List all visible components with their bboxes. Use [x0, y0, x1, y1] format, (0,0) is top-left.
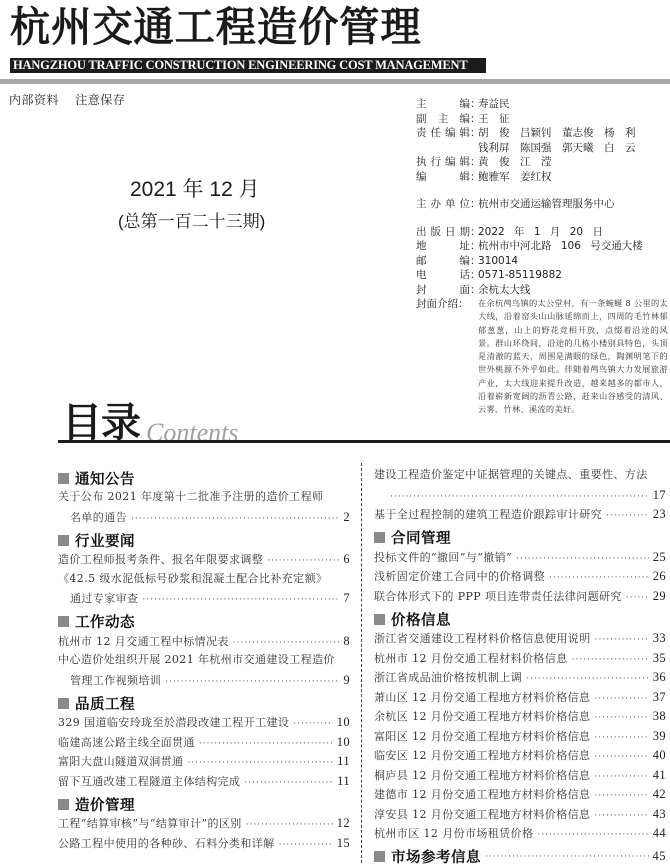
contents-rule	[58, 440, 670, 443]
toc-page-number: 11	[337, 752, 350, 770]
info-label: 副主编	[416, 112, 470, 127]
toc-page-number: 33	[653, 629, 666, 647]
editorial-row: 执行编辑：黄 俊 江 滢	[416, 155, 670, 170]
toc-entry-title: 浙江省交通建设工程材料价格信息使用说明	[374, 630, 591, 647]
toc-section-title: 通知公告	[75, 468, 135, 489]
toc-entry[interactable]: 富阳区 12 月份交通工程地方材料价格信息39	[374, 727, 666, 745]
info-label: 编辑	[416, 170, 470, 185]
info-value: 钱利屏 陈国强 郭天曦 白 云	[478, 141, 636, 156]
toc-entry-title: 《42.5 级水泥低标号砂浆和混凝土配合比补充定额》	[58, 570, 327, 588]
toc-page-number: 12	[337, 814, 350, 832]
info-label: 主办单位	[416, 197, 470, 212]
section-square-icon	[374, 851, 385, 862]
dot-leader	[594, 768, 648, 784]
toc-page-number: 40	[653, 746, 666, 764]
dot-leader	[595, 631, 649, 647]
toc-entry[interactable]: 基于全过程控制的建筑工程造价跟踪审计研究23	[374, 505, 666, 523]
column-divider	[361, 463, 362, 863]
toc-page-number: 23	[653, 505, 666, 523]
toc-entry[interactable]: 杭州市 12 月交通工程中标情况表8	[58, 632, 350, 650]
info-label: 地址	[416, 239, 470, 254]
toc-entry[interactable]: 桐庐县 12 月份交通工程地方材料价格信息41	[374, 766, 666, 784]
info-value: 余杭太大线	[478, 283, 531, 298]
dot-leader	[594, 690, 648, 706]
dot-leader	[594, 748, 648, 764]
dot-leader	[233, 634, 340, 650]
dot-leader	[142, 591, 339, 607]
toc-entry-title: 临安区 12 月份交通工程地方材料价格信息	[374, 747, 590, 764]
toc-entry[interactable]: 公路工程中使用的各种砂、石料分类和详解15	[58, 834, 350, 852]
dot-leader	[594, 807, 648, 823]
toc-entry-title: 萧山区 12 月份交通工程地方材料价格信息	[374, 689, 590, 706]
toc-page-number: 29	[653, 587, 666, 605]
dot-leader	[516, 550, 649, 566]
toc-entry-title: 留下互通改建工程隧道主体结构完成	[58, 773, 240, 790]
toc-entry-title: 建德市 12 月份交通工程地方材料价格信息	[374, 786, 590, 803]
magazine-subtitle-en: HANGZHOU TRAFFIC CONSTRUCTION ENGINEERIN…	[10, 58, 486, 73]
toc-entry[interactable]: 名单的通告2	[70, 508, 350, 526]
issue-number: (总第一百二十三期)	[118, 207, 265, 232]
editorial-info: 主编：寿益民副主编：王 征责任编辑：胡 俊 吕颖钊 董志俊 杨 利钱利屏 陈国强…	[416, 97, 670, 297]
info-label: 邮编	[416, 254, 470, 269]
dot-leader	[606, 507, 649, 523]
toc-entry[interactable]: 工程“结算审核”与“结算审计”的区别12	[58, 814, 350, 832]
section-square-icon	[58, 799, 69, 810]
toc-entry[interactable]: 余杭区 12 月份交通工程地方材料价格信息38	[374, 707, 666, 725]
toc-page-number: 42	[653, 785, 666, 803]
info-label: 主编	[416, 97, 470, 112]
toc-entry-title: 名单的通告	[70, 509, 127, 526]
toc-page-number: 15	[337, 834, 350, 852]
toc-entry[interactable]: 建德市 12 月份交通工程地方材料价格信息42	[374, 785, 666, 803]
toc-entry[interactable]: 造价工程师报考条件、报名年限要求调整6	[58, 550, 350, 568]
toc-entry[interactable]: 杭州市区 12 月份市场租赁价格44	[374, 824, 666, 842]
toc-entry-title: 329 国道临安玲珑至於潜段改建工程开工建设	[58, 714, 289, 731]
publication-row: 封面：余杭太大线	[416, 283, 670, 298]
dot-leader	[267, 552, 339, 568]
toc-entry[interactable]: 通过专家审查7	[70, 589, 350, 607]
toc-entry-title: 临建高速公路主线全面贯通	[58, 734, 195, 751]
toc-section-title: 价格信息	[391, 609, 451, 630]
toc-entry[interactable]: 富阳大盘山隧道双洞贯通11	[58, 752, 350, 770]
issue-date: 2021 年 12 月	[130, 173, 260, 203]
toc-section-title: 品质工程	[75, 693, 135, 714]
toc-page-number: 45	[653, 849, 667, 864]
toc-page-number: 11	[337, 772, 350, 790]
toc-entry-title: 余杭区 12 月份交通工程地方材料价格信息	[374, 708, 590, 725]
toc-entry[interactable]: 浙江省成品油价格按机制上调36	[374, 668, 666, 686]
info-value: 杭州市中河北路 106 号交通大楼	[478, 239, 643, 254]
dot-leader	[626, 589, 649, 605]
dot-leader	[594, 709, 648, 725]
dot-leader	[165, 673, 339, 689]
toc-entry[interactable]: 《42.5 级水泥低标号砂浆和混凝土配合比补充定额》	[58, 570, 350, 588]
toc-entry-title: 造价工程师报考条件、报名年限要求调整	[58, 551, 263, 568]
toc-section-header[interactable]: 市场参考信息··································…	[374, 847, 666, 866]
publication-row: 电话：0571-85119882	[416, 268, 670, 283]
info-label	[416, 141, 470, 156]
cover-intro-label: 封面介绍：	[416, 296, 469, 311]
dot-leader	[390, 488, 649, 504]
toc-section-title: 合同管理	[391, 527, 451, 548]
toc-page-number: 37	[653, 688, 666, 706]
toc-page-number: 26	[653, 567, 666, 585]
toc-section-header[interactable]: 行业要闻	[58, 530, 350, 550]
toc-entry-title: 通过专家审查	[70, 590, 138, 607]
section-square-icon	[58, 616, 69, 627]
dot-leader	[244, 774, 333, 790]
toc-page-number: 36	[653, 668, 666, 686]
toc-entry[interactable]: 萧山区 12 月份交通工程地方材料价格信息37	[374, 688, 666, 706]
dot-leader	[199, 735, 333, 751]
dot-leader	[187, 754, 333, 770]
toc-entry[interactable]: 浙江省交通建设工程材料价格信息使用说明33	[374, 629, 666, 647]
toc-entry[interactable]: 关于公布 2021 年度第十二批准予注册的造价工程师	[58, 488, 350, 506]
toc-entry-title: 富阳区 12 月份交通工程地方材料价格信息	[374, 728, 590, 745]
info-value: 2022 年 1 月 20 日	[478, 225, 603, 240]
info-value: 王 征	[478, 112, 510, 127]
dot-leader	[572, 651, 649, 667]
toc-entry[interactable]: 17	[386, 486, 666, 504]
dot-leader: ········································…	[485, 852, 649, 862]
dot-leader	[537, 826, 648, 842]
dot-leader	[293, 715, 332, 731]
internal-note: 内部资料 注意保存	[9, 91, 137, 108]
info-label: 封面	[416, 283, 470, 298]
toc-entry[interactable]: 淳安县 12 月份交通工程地方材料价格信息43	[374, 805, 666, 823]
toc-page-number: 6	[343, 550, 350, 568]
toc-page-number: 41	[653, 766, 666, 784]
toc-entry[interactable]: 投标文件的“撤回”与“撤销”25	[374, 548, 666, 566]
toc-section-header[interactable]: 品质工程	[58, 693, 350, 713]
toc-section-header[interactable]: 通知公告	[58, 468, 350, 488]
toc-entry-title: 杭州市 12 月份交通工程材料价格信息	[374, 650, 568, 667]
toc-page-number: 39	[653, 727, 666, 745]
editorial-row: 副主编：王 征	[416, 112, 670, 127]
internal-note-label: 内部资料	[9, 93, 59, 107]
info-label: 电话	[416, 268, 470, 283]
toc-entry[interactable]: 建设工程造价鉴定中证据管理的关键点、重要性、方法	[374, 466, 666, 484]
toc-section-title: 造价管理	[75, 794, 135, 815]
toc-entry-title: 管理工作视频培训	[70, 672, 161, 689]
toc-entry-title: 桐庐县 12 月份交通工程地方材料价格信息	[374, 767, 590, 784]
toc-entry[interactable]: 临建高速公路主线全面贯通10	[58, 733, 350, 751]
toc-entry[interactable]: 浅析固定价建工合同中的价格调整26	[374, 567, 666, 585]
toc-entry[interactable]: 管理工作视频培训9	[70, 671, 350, 689]
toc-entry-title: 中心造价处组织开展 2021 年杭州市交通建设工程造价	[58, 651, 335, 669]
toc-page-number: 43	[653, 805, 666, 823]
info-value: 310014	[478, 254, 518, 269]
toc-entry-title: 浅析固定价建工合同中的价格调整	[374, 568, 545, 585]
toc-page-number: 38	[653, 707, 666, 725]
dot-leader	[246, 816, 333, 832]
section-square-icon	[58, 698, 69, 709]
section-square-icon	[374, 614, 385, 625]
toc-entry-title: 富阳大盘山隧道双洞贯通	[58, 753, 183, 770]
info-value: 胡 俊 吕颖钊 董志俊 杨 利	[478, 126, 636, 141]
editorial-row: 钱利屏 陈国强 郭天曦 白 云	[416, 141, 670, 156]
toc-entry[interactable]: 中心造价处组织开展 2021 年杭州市交通建设工程造价	[58, 651, 350, 669]
toc-page-number: 7	[343, 589, 350, 607]
info-value: 杭州市交通运输管理服务中心	[478, 197, 615, 212]
dot-leader	[131, 510, 339, 526]
toc-entry-title: 建设工程造价鉴定中证据管理的关键点、重要性、方法	[374, 466, 648, 484]
toc-entry[interactable]: 329 国道临安玲珑至於潜段改建工程开工建设10	[58, 713, 350, 731]
toc-section-header[interactable]: 价格信息	[374, 609, 666, 629]
editorial-row: 主编：寿益民	[416, 97, 670, 112]
toc-entry-title: 杭州市 12 月交通工程中标情况表	[58, 633, 229, 650]
info-label: 执行编辑	[416, 155, 470, 170]
toc-entry-title: 工程“结算审核”与“结算审计”的区别	[58, 815, 242, 832]
toc-page-number: 25	[653, 548, 666, 566]
toc-section-header[interactable]: 造价管理	[58, 794, 350, 814]
keep-safe-label: 注意保存	[75, 93, 125, 107]
publication-row: 邮编：310014	[416, 254, 670, 269]
toc-entry-title: 杭州市区 12 月份市场租赁价格	[374, 825, 533, 842]
publication-row: 出版日期：2022 年 1 月 20 日	[416, 225, 670, 240]
info-value: 黄 俊 江 滢	[478, 155, 552, 170]
toc-entry-title: 联合体形式下的 PPP 项目连带责任法律问题研究	[374, 588, 622, 605]
dot-leader	[594, 787, 648, 803]
toc-entry-title: 关于公布 2021 年度第十二批准予注册的造价工程师	[58, 488, 323, 506]
toc-entry-title: 基于全过程控制的建筑工程造价跟踪审计研究	[374, 506, 602, 523]
toc-page-number: 10	[337, 733, 350, 751]
toc-page-number: 17	[653, 486, 666, 504]
info-label: 责任编辑	[416, 126, 470, 141]
info-value: 0571-85119882	[478, 268, 562, 283]
toc-entry[interactable]: 联合体形式下的 PPP 项目连带责任法律问题研究29	[374, 587, 666, 605]
cover-intro-text: 在余杭鸬鸟镇的太公堂村，有一条蜿蜒 8 公里的太大线，沿着窑头山山脉延绵而上，四…	[478, 297, 668, 417]
publication-row: 地址：杭州市中河北路 106 号交通大楼	[416, 239, 670, 254]
toc-section-title: 工作动态	[75, 611, 135, 632]
toc-entry-title: 淳安县 12 月份交通工程地方材料价格信息	[374, 806, 590, 823]
section-square-icon	[58, 473, 69, 484]
info-label: 出版日期	[416, 225, 470, 240]
editorial-row: 编辑：鲍雅军 姜红权	[416, 170, 670, 185]
toc-page-number: 8	[343, 632, 350, 650]
toc-entry[interactable]: 留下互通改建工程隧道主体结构完成11	[58, 772, 350, 790]
header-divider	[0, 79, 670, 84]
dot-leader	[549, 569, 649, 585]
toc-section-title: 市场参考信息	[391, 846, 481, 866]
contents-heading: 目录Contents	[62, 391, 238, 437]
dot-leader	[279, 836, 333, 852]
toc-entry-title: 公路工程中使用的各种砂、石料分类和详解	[58, 835, 275, 852]
toc-page-number: 9	[343, 671, 350, 689]
toc-entry-title: 浙江省成品油价格按机制上调	[374, 669, 522, 686]
dot-leader	[526, 670, 648, 686]
toc-page-number: 2	[343, 508, 350, 526]
toc-page-number: 10	[337, 713, 350, 731]
dot-leader	[594, 729, 648, 745]
info-value: 寿益民	[478, 97, 510, 112]
toc-page-number: 44	[653, 824, 666, 842]
toc-section-header[interactable]: 合同管理	[374, 528, 666, 548]
info-value: 鲍雅军 姜红权	[478, 170, 552, 185]
toc-page-number: 35	[653, 649, 666, 667]
magazine-title: 杭州交通工程造价管理	[10, 3, 422, 51]
section-square-icon	[58, 535, 69, 546]
toc-entry[interactable]: 杭州市 12 月份交通工程材料价格信息35	[374, 649, 666, 667]
toc-entry[interactable]: 临安区 12 月份交通工程地方材料价格信息40	[374, 746, 666, 764]
section-square-icon	[374, 532, 385, 543]
editorial-row: 责任编辑：胡 俊 吕颖钊 董志俊 杨 利	[416, 126, 670, 141]
toc-entry-title: 投标文件的“撤回”与“撤销”	[374, 549, 512, 566]
toc-section-header[interactable]: 工作动态	[58, 612, 350, 632]
publisher-row: 主办单位：杭州市交通运输管理服务中心	[416, 197, 670, 212]
toc-section-title: 行业要闻	[75, 530, 135, 551]
